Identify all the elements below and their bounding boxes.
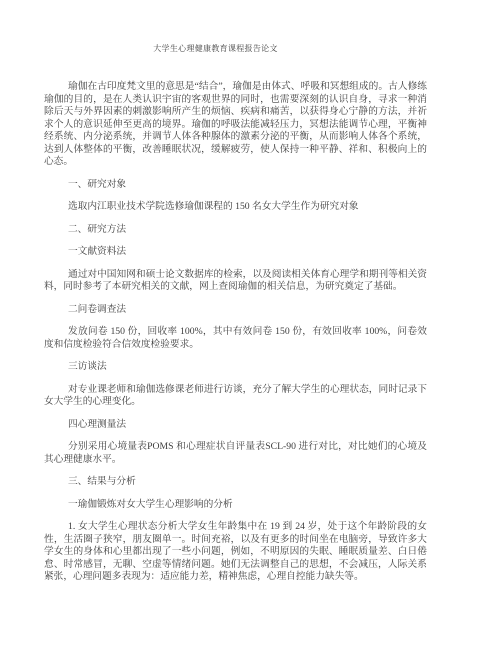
doc-paragraph: 分别采用心境量表POMS 和心理症状自评量表SCL-90 进行对比，对比她们的心… bbox=[44, 441, 427, 466]
doc-heading: 一瑜伽锻炼对女大学生心理影响的分析 bbox=[44, 499, 427, 512]
doc-paragraph: 选取内江职业技术学院选修瑜伽课程的 150 名女大学生作为研究对象 bbox=[44, 201, 427, 214]
document-page: 大学生心理健康教育课程报告论文 瑜伽在古印度梵文里的意思是“结合”，瑜伽是由体式… bbox=[0, 0, 500, 647]
doc-heading: 三、结果与分析 bbox=[44, 476, 427, 489]
doc-paragraph: 发放问卷 150 份，回收率 100%，其中有效问卷 150 份，有效回收率 1… bbox=[44, 326, 427, 351]
doc-heading: 三访谈法 bbox=[44, 361, 427, 374]
doc-paragraph: 1. 女大学生心理状态分析大学女生年龄集中在 19 到 24 岁，处于这个年龄阶… bbox=[44, 521, 427, 584]
doc-paragraph: 通过对中国知网和硕士论文数据库的检索，以及阅读相关体育心理学和期刊等相关资料，同… bbox=[44, 269, 427, 294]
doc-heading: 一、研究对象 bbox=[44, 179, 427, 192]
doc-heading: 二问卷调查法 bbox=[44, 304, 427, 317]
document-content: 大学生心理健康教育课程报告论文 瑜伽在古印度梵文里的意思是“结合”，瑜伽是由体式… bbox=[44, 43, 427, 584]
document-body: 瑜伽在古印度梵文里的意思是“结合”，瑜伽是由体式、呼吸和冥想组成的。古人修练瑜伽… bbox=[44, 81, 427, 584]
doc-heading: 四心理测量法 bbox=[44, 419, 427, 432]
doc-heading: 一文献资料法 bbox=[44, 246, 427, 259]
document-title: 大学生心理健康教育课程报告论文 bbox=[24, 43, 407, 55]
doc-paragraph: 对专业课老师和瑜伽选修课老师进行访谈，充分了解大学生的心理状态，同时记录下女大学… bbox=[44, 384, 427, 409]
doc-paragraph: 瑜伽在古印度梵文里的意思是“结合”，瑜伽是由体式、呼吸和冥想组成的。古人修练瑜伽… bbox=[44, 81, 427, 169]
doc-heading: 二、研究方法 bbox=[44, 224, 427, 237]
